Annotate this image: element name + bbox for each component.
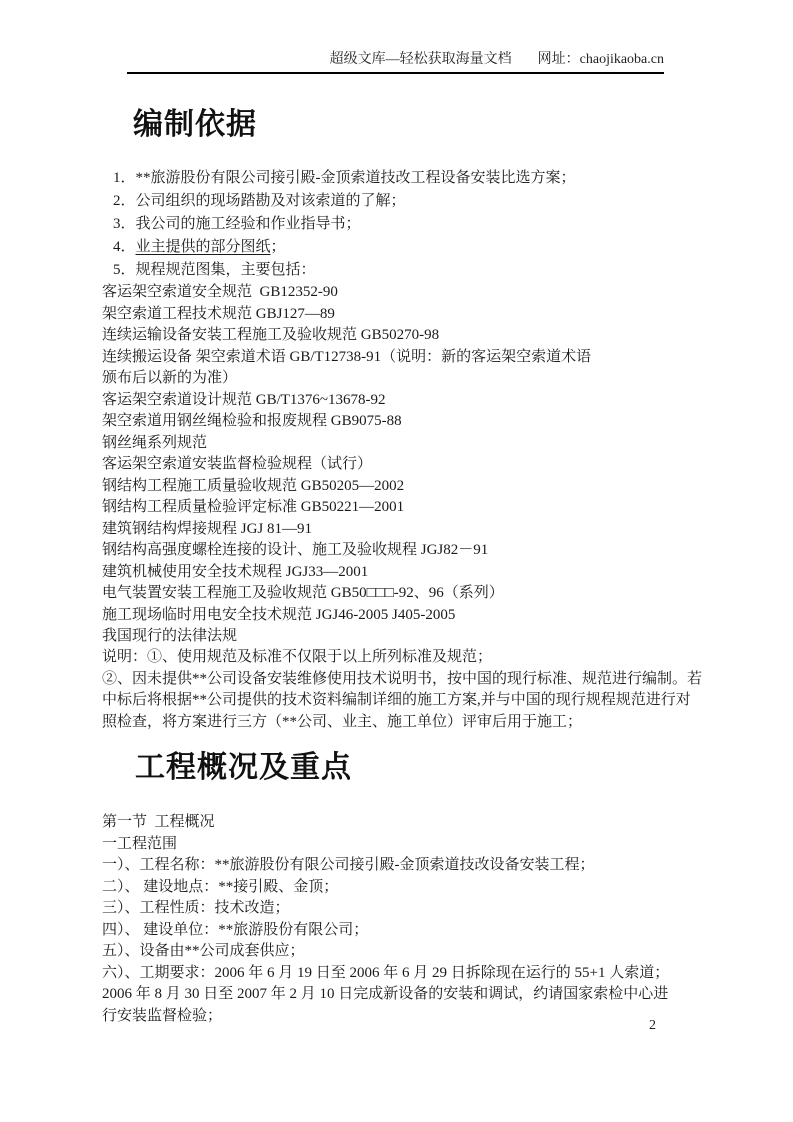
overview-scope-label: 一工程范围 xyxy=(102,834,669,856)
list-item-text: 公司组织的现场踏勘及对该索道的了解； xyxy=(136,193,406,209)
standard-line: 连续搬运设备 架空索道术语 GB/T12738-91（说明：新的客运架空索道术语 xyxy=(102,347,591,369)
list-item-number: 1． xyxy=(113,170,136,186)
standard-line: 钢结构高强度螺栓连接的设计、施工及验收规程 JGJ82－91 xyxy=(102,540,591,562)
standard-line: 颁布后以新的为准） xyxy=(102,368,591,390)
list-item: 5．规程规范图集，主要包括： xyxy=(113,259,576,282)
standard-line: 客运架空索道设计规范 GB/T1376~13678-92 xyxy=(102,390,591,412)
overview-item: 行安装监督检验； xyxy=(102,1006,669,1028)
list-item-text: 我公司的施工经验和作业指导书； xyxy=(136,216,361,232)
overview-item: 一）、工程名称：**旅游股份有限公司接引殿-金顶索道技改设备安装工程； xyxy=(102,855,669,877)
list-item: 4．业主提供的部分图纸； xyxy=(113,236,576,259)
standard-line: 我国现行的法律法规 xyxy=(102,626,591,648)
header-rule xyxy=(127,72,664,74)
list-item: 2．公司组织的现场踏勘及对该索道的了解； xyxy=(113,190,576,213)
list-item-number: 4． xyxy=(113,239,136,255)
overview-item: 2006 年 8 月 30 日至 2007 年 2 月 10 日完成新设备的安装… xyxy=(102,984,669,1006)
list-item-number: 3． xyxy=(113,216,136,232)
standard-line: 架空索道工程技术规范 GBJ127—89 xyxy=(102,304,591,326)
standard-line: 施工现场临时用电安全技术规范 JGJ46-2005 J405-2005 xyxy=(102,605,591,627)
standards-list: 客运架空索道安全规范 GB12352-90 架空索道工程技术规范 GBJ127—… xyxy=(102,282,591,648)
overview-item: 五）、设备由**公司成套供应； xyxy=(102,941,669,963)
list-item-suffix: ； xyxy=(271,239,286,255)
note-line: ②、因未提供**公司设备安装维修使用技术说明书，按中国的现行标准、规范进行编制。… xyxy=(102,669,702,691)
overview-item: 二）、 建设地点：**接引殿、金顶； xyxy=(102,877,669,899)
standard-line: 连续运输设备安装工程施工及验收规范 GB50270-98 xyxy=(102,325,591,347)
section-title-overview: 工程概况及重点 xyxy=(135,749,352,787)
overview-section-label: 第一节 工程概况 xyxy=(102,812,669,834)
list-item: 1．**旅游股份有限公司接引殿-金顶索道技改工程设备安装比选方案； xyxy=(113,167,576,190)
page-header: 超级文库—轻松获取海量文档网址：chaojikaoba.cn xyxy=(127,51,664,69)
list-item: 3．我公司的施工经验和作业指导书； xyxy=(113,213,576,236)
note-line: 照检查，将方案进行三方（**公司、业主、施工单位）评审后用于施工； xyxy=(102,712,702,734)
header-url-label: 网址： xyxy=(538,52,580,67)
standard-line: 钢结构工程施工质量验收规范 GB50205—2002 xyxy=(102,476,591,498)
section-title-basis: 编制依据 xyxy=(133,106,257,144)
standard-line: 客运架空索道安装监督检验规程（试行） xyxy=(102,454,591,476)
list-item-number: 2． xyxy=(113,193,136,209)
standard-line: 钢结构工程质量检验评定标准 GB50221—2001 xyxy=(102,497,591,519)
page-number: 2 xyxy=(649,1018,656,1034)
standard-line: 客运架空索道安全规范 GB12352-90 xyxy=(102,282,591,304)
standard-line: 架空索道用钢丝绳检验和报废规程 GB9075-88 xyxy=(102,411,591,433)
list-item-text: **旅游股份有限公司接引殿-金顶索道技改工程设备安装比选方案； xyxy=(136,170,576,186)
overview-item: 三）、工程性质：技术改造； xyxy=(102,898,669,920)
header-url: chaojikaoba.cn xyxy=(580,52,664,67)
standard-line: 钢丝绳系列规范 xyxy=(102,433,591,455)
standard-line: 电气装置安装工程施工及验收规范 GB50□□□-92、96（系列） xyxy=(102,583,591,605)
notes-block: 说明：①、使用规范及标准不仅限于以上所列标准及规范； ②、因未提供**公司设备安… xyxy=(102,647,702,733)
overview-block: 第一节 工程概况 一工程范围 一）、工程名称：**旅游股份有限公司接引殿-金顶索… xyxy=(102,812,669,1027)
list-item-text-underlined: 业主提供的部分图纸 xyxy=(136,239,271,255)
header-site-name: 超级文库—轻松获取海量文档 xyxy=(330,52,512,67)
list-item-number: 5． xyxy=(113,262,136,278)
note-line: 中标后将根据**公司提供的技术资料编制详细的施工方案,并与中国的现行规程规范进行… xyxy=(102,690,702,712)
standard-line: 建筑机械使用安全技术规程 JGJ33—2001 xyxy=(102,562,591,584)
document-page: 超级文库—轻松获取海量文档网址：chaojikaoba.cn 编制依据 1．**… xyxy=(0,0,793,1122)
overview-item: 四）、 建设单位：**旅游股份有限公司； xyxy=(102,920,669,942)
standard-line: 建筑钢结构焊接规程 JGJ 81—91 xyxy=(102,519,591,541)
overview-item: 六）、工期要求：2006 年 6 月 19 日至 2006 年 6 月 29 日… xyxy=(102,963,669,985)
note-line: 说明：①、使用规范及标准不仅限于以上所列标准及规范； xyxy=(102,647,702,669)
list-item-text: 规程规范图集，主要包括： xyxy=(136,262,316,278)
numbered-list: 1．**旅游股份有限公司接引殿-金顶索道技改工程设备安装比选方案； 2．公司组织… xyxy=(113,167,576,282)
